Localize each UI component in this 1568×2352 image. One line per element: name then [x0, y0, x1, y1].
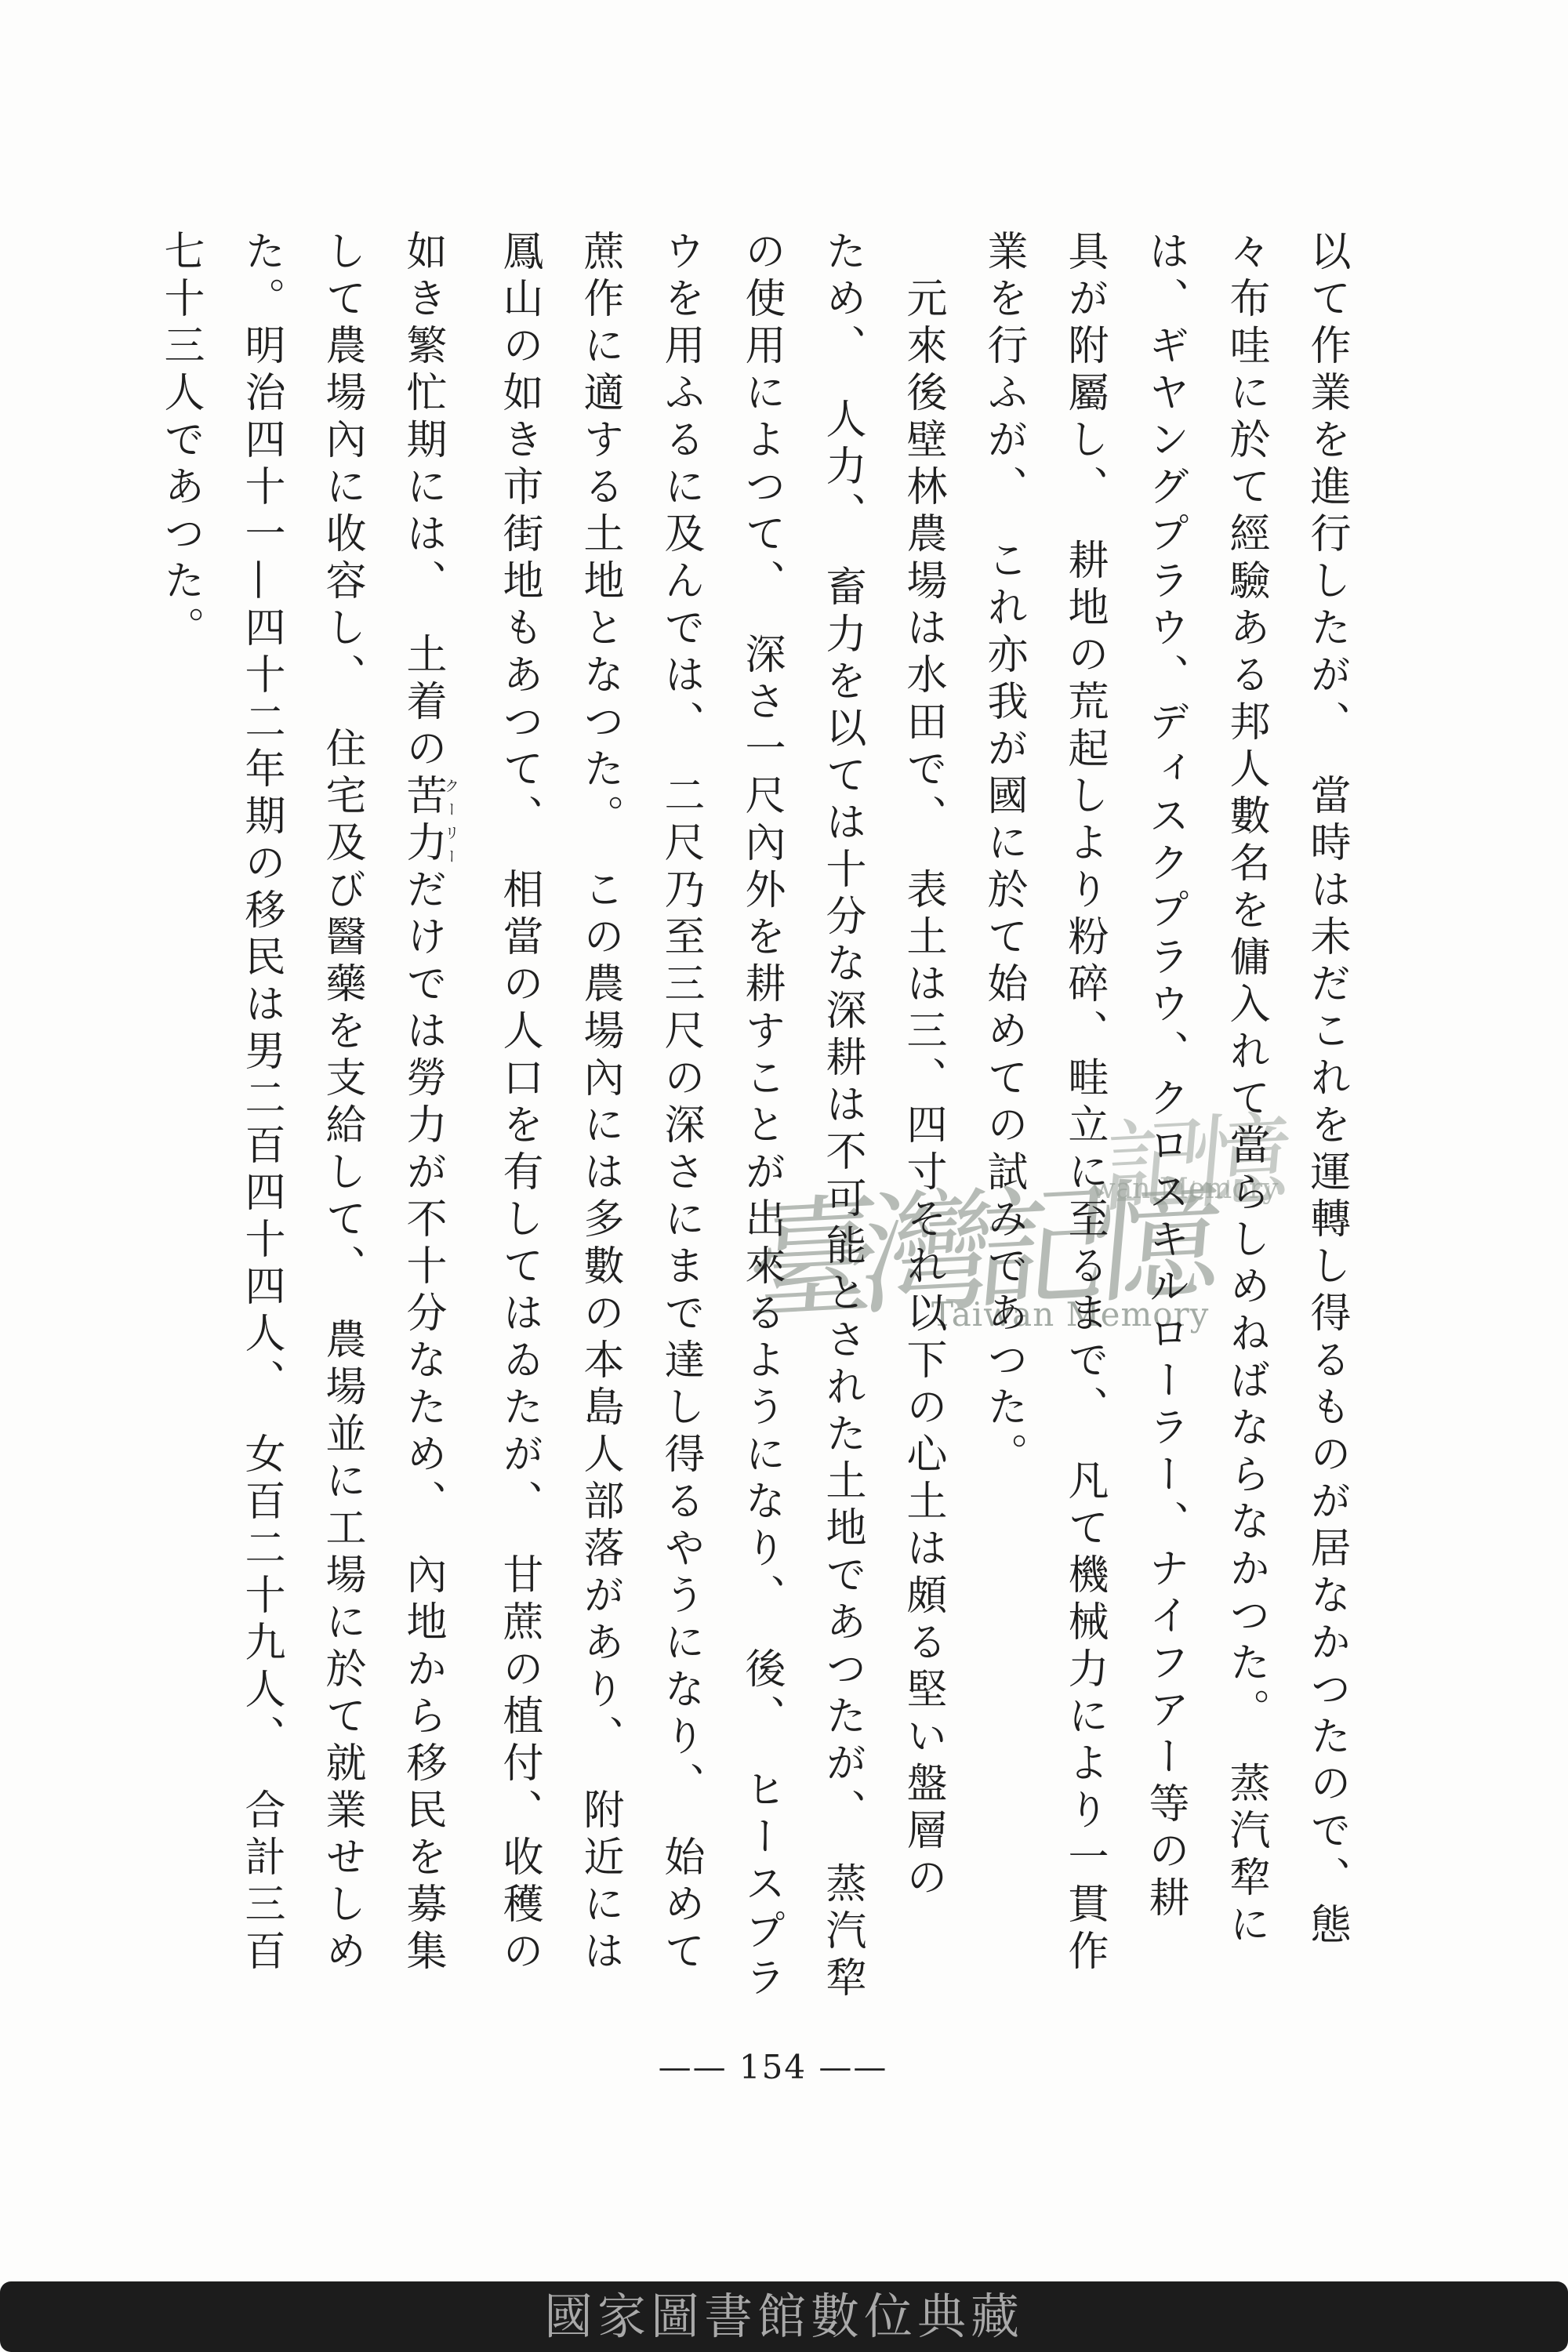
text-column-02: 々布哇に於て經驗ある邦人數名を傭入れて當らしめねばならなかつた。 蒸汽犂に: [1225, 230, 1266, 2021]
ruby-coolie: 苦力クーリー: [399, 774, 446, 868]
column-12-before: 如き繁忙期には、 土着の: [399, 230, 446, 774]
text-column-08: の使用によつて、 深さ一尺內外を耕すことが出來るようになり、 後、 ヒースプラ: [741, 230, 782, 2021]
column-12-after: だけでは勞力が不十分なため、 內地から移民を募集: [399, 868, 446, 1976]
text-column-07: ため、 人力、 畜力を以ては十分な深耕は不可能とされた土地であつたが、 蒸汽犂: [822, 230, 862, 2021]
footer-banner: 國家圖書館數位典藏: [0, 2281, 1568, 2352]
text-column-09: ウを用ふるに及んでは、 二尺乃至三尺の深さにまで達し得るやうになり、 始めて: [660, 230, 701, 2021]
page-number: —— 154 ——: [0, 2048, 1557, 2086]
text-column-05: 業を行ふが、 これ亦我が國に於て始めての試みであつた。: [983, 230, 1024, 2021]
ruby-furigana-kuri: クーリー: [442, 774, 459, 868]
text-column-04: 具が附屬し、 耕地の荒起しより粉碎、畦立に至るまで、 凡て機械力により一貫作: [1064, 230, 1105, 2021]
body-text-block: 以て作業を進行したが、 當時は未だこれを運轉し得るものが居なかつたので、態 々布…: [120, 230, 1347, 2021]
text-column-03: は、ギヤングプラウ、ディスクプラウ、クロスキルローラー、ナイフアー等の耕: [1145, 230, 1185, 2021]
footer-banner-text: 國家圖書館數位典藏: [544, 2292, 1024, 2341]
text-column-14: た。明治四十一—四十二年期の移民は男二百四十四人、 女百二十九人、 合計三百: [241, 230, 281, 2021]
text-column-10: 蔗作に適する土地となつた。 この農場內には多數の本島人部落があり、 附近には: [579, 230, 620, 2021]
scanned-page: 記憶 wan Memory 臺灣記憶 Taiwan Memory 以て作業を進行…: [0, 0, 1568, 2352]
text-column-13: して農場內に收容し、 住宅及び醫藥を支給して、 農場並に工場に於て就業せしめ: [321, 230, 362, 2021]
text-column-11: 鳳山の如き市街地もあつて、 相當の人口を有してはゐたが、 甘蔗の植付、收穫の: [499, 230, 539, 2021]
text-column-06: 元來後壁林農場は水田で、 表土は三、四寸それ以下の心土は頗る堅い盤層の: [902, 230, 943, 2021]
text-column-12: 如き繁忙期には、 土着の苦力クーリーだけでは勞力が不十分なため、 內地から移民を…: [402, 230, 459, 2021]
text-column-15: 七十三人であつた。: [160, 230, 201, 2021]
ruby-base-kuryoku: 苦力: [399, 774, 446, 868]
text-column-01: 以て作業を進行したが、 當時は未だこれを運轉し得るものが居なかつたので、態: [1306, 230, 1347, 2021]
